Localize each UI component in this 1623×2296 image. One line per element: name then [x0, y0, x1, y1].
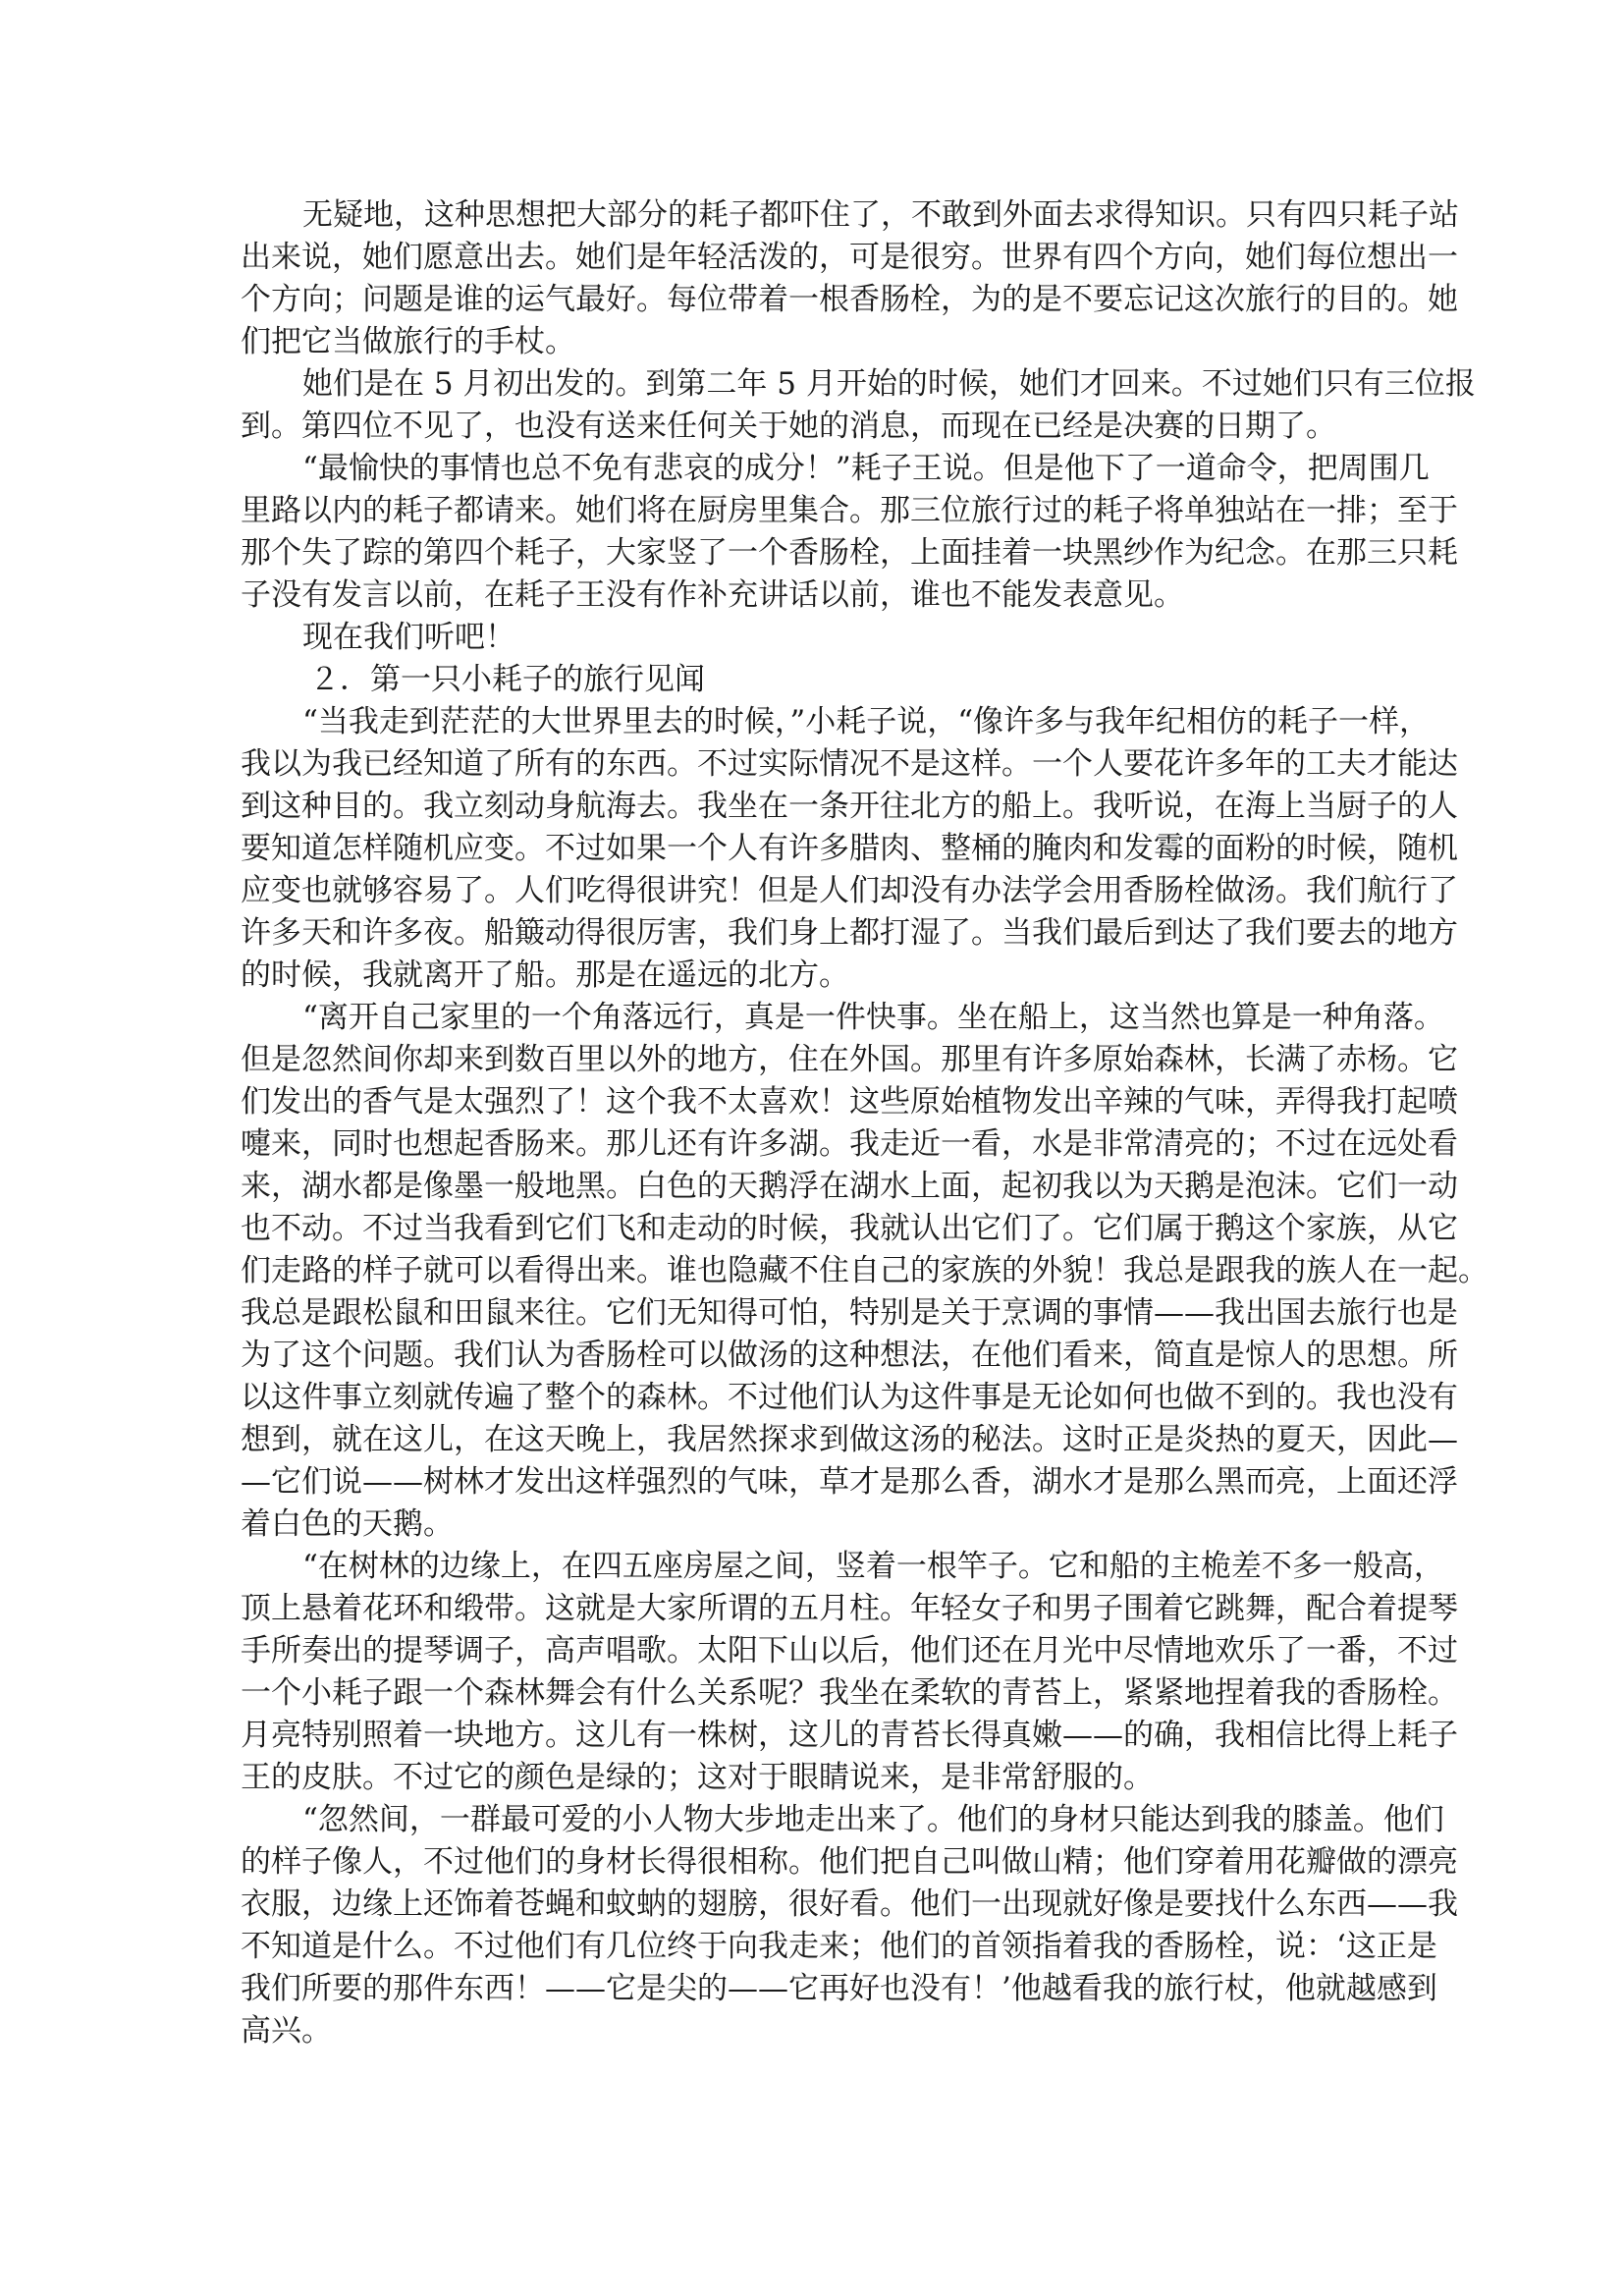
text-line: 不知道是什么。不过他们有几位终于向我走来；他们的首领指着我的香肠栓，说：‘这正是: [241, 1926, 1384, 1968]
section-heading: ２．第一只小耗子的旅行见闻: [241, 659, 1384, 701]
text-line: 手所奏出的提琴调子，高声唱歌。太阳下山以后，他们还在月光中尽情地欢乐了一番，不过: [241, 1630, 1384, 1672]
paragraph: 现在我们听吧！: [241, 617, 1384, 659]
text-line: 一个小耗子跟一个森林舞会有什么关系呢？我坐在柔软的青苔上，紧紧地捏着我的香肠栓。: [241, 1672, 1384, 1715]
text-line: 里路以内的耗子都请来。她们将在厨房里集合。那三位旅行过的耗子将单独站在一排；至于: [241, 490, 1384, 532]
text-line: 高兴。: [241, 2010, 1384, 2052]
text-line: 们把它当做旅行的手杖。: [241, 321, 1384, 363]
text-line: 无疑地，这种思想把大部分的耗子都吓住了，不敢到外面去求得知识。只有四只耗子站: [241, 194, 1384, 237]
text-line: “忽然间，一群最可爱的小人物大步地走出来了。他们的身材只能达到我的膝盖。他们: [241, 1799, 1384, 1841]
text-line: 王的皮肤。不过它的颜色是绿的；这对于眼睛说来，是非常舒服的。: [241, 1757, 1384, 1799]
paragraph: “在树林的边缘上，在四五座房屋之间，竖着一根竿子。它和船的主桅差不多一般高，顶上…: [241, 1546, 1384, 1799]
text-line: 许多天和许多夜。船簸动得很厉害，我们身上都打湿了。当我们最后到达了我们要去的地方: [241, 912, 1384, 955]
text-line: 也不动。不过当我看到它们飞和走动的时候，我就认出它们了。它们属于鹅这个家族，从它: [241, 1208, 1384, 1250]
text-line: 她们是在 5 月初出发的。到第二年 5 月开始的时候，她们才回来。不过她们只有三…: [241, 363, 1384, 406]
text-line: 到。第四位不见了，也没有送来任何关于她的消息，而现在已经是决赛的日期了。: [241, 406, 1384, 448]
text-line: 现在我们听吧！: [241, 617, 1384, 659]
text-line: 出来说，她们愿意出去。她们是年轻活泼的，可是很穷。世界有四个方向，她们每位想出一: [241, 237, 1384, 279]
paragraph: “当我走到茫茫的大世界里去的时候，”小耗子说，“像许多与我年纪相仿的耗子一样，我…: [241, 701, 1384, 997]
text-line: 那个失了踪的第四个耗子，大家竖了一个香肠栓，上面挂着一块黑纱作为纪念。在那三只耗: [241, 532, 1384, 574]
text-line: 的样子像人，不过他们的身材长得很相称。他们把自己叫做山精；他们穿着用花瓣做的漂亮: [241, 1841, 1384, 1884]
text-line: 嚏来，同时也想起香肠来。那儿还有许多湖。我走近一看，水是非常清亮的；不过在远处看: [241, 1123, 1384, 1166]
text-line: ２．第一只小耗子的旅行见闻: [241, 659, 1384, 701]
text-line: “离开自己家里的一个角落远行，真是一件快事。坐在船上，这当然也算是一种角落。: [241, 997, 1384, 1039]
document-page: 无疑地，这种思想把大部分的耗子都吓住了，不敢到外面去求得知识。只有四只耗子站出来…: [241, 194, 1384, 2052]
text-line: 们发出的香气是太强烈了！这个我不太喜欢！这些原始植物发出辛辣的气味，弄得我打起喷: [241, 1081, 1384, 1123]
paragraph: 无疑地，这种思想把大部分的耗子都吓住了，不敢到外面去求得知识。只有四只耗子站出来…: [241, 194, 1384, 363]
text-line: 顶上悬着花环和缎带。这就是大家所谓的五月柱。年轻女子和男子围着它跳舞，配合着提琴: [241, 1588, 1384, 1630]
text-line: 的时候，我就离开了船。那是在遥远的北方。: [241, 955, 1384, 997]
paragraph: 她们是在 5 月初出发的。到第二年 5 月开始的时候，她们才回来。不过她们只有三…: [241, 363, 1384, 448]
text-line: 衣服，边缘上还饰着苍蝇和蚊蚋的翅膀，很好看。他们一出现就好像是要找什么东西——我: [241, 1884, 1384, 1926]
text-line: 想到，就在这儿，在这天晚上，我居然探求到做这汤的秘法。这时正是炎热的夏天，因此—: [241, 1419, 1384, 1461]
text-line: 我总是跟松鼠和田鼠来往。它们无知得可怕，特别是关于烹调的事情——我出国去旅行也是: [241, 1292, 1384, 1335]
text-line: “在树林的边缘上，在四五座房屋之间，竖着一根竿子。它和船的主桅差不多一般高，: [241, 1546, 1384, 1588]
text-line: 应变也就够容易了。人们吃得很讲究！但是人们却没有办法学会用香肠栓做汤。我们航行了: [241, 870, 1384, 912]
text-line: —它们说——树林才发出这样强烈的气味，草才是那么香，湖水才是那么黑而亮，上面还浮: [241, 1461, 1384, 1503]
text-line: 以这件事立刻就传遍了整个的森林。不过他们认为这件事是无论如何也做不到的。我也没有: [241, 1377, 1384, 1419]
text-line: 到这种目的。我立刻动身航海去。我坐在一条开往北方的船上。我听说，在海上当厨子的人: [241, 786, 1384, 828]
text-line: 着白色的天鹅。: [241, 1503, 1384, 1546]
text-line: 子没有发言以前，在耗子王没有作补充讲话以前，谁也不能发表意见。: [241, 574, 1384, 617]
text-line: 但是忽然间你却来到数百里以外的地方，住在外国。那里有许多原始森林，长满了赤杨。它: [241, 1039, 1384, 1081]
text-line: “当我走到茫茫的大世界里去的时候，”小耗子说，“像许多与我年纪相仿的耗子一样，: [241, 701, 1384, 743]
text-line: 来，湖水都是像墨一般地黑。白色的天鹅浮在湖水上面，起初我以为天鹅是泡沫。它们一动: [241, 1166, 1384, 1208]
paragraph: “离开自己家里的一个角落远行，真是一件快事。坐在船上，这当然也算是一种角落。但是…: [241, 997, 1384, 1546]
text-line: “最愉快的事情也总不免有悲哀的成分！”耗子王说。但是他下了一道命令，把周围几: [241, 448, 1384, 490]
text-line: 我们所要的那件东西！——它是尖的——它再好也没有！’他越看我的旅行杖，他就越感到: [241, 1968, 1384, 2010]
text-line: 要知道怎样随机应变。不过如果一个人有许多腊肉、整桶的腌肉和发霉的面粉的时候，随机: [241, 828, 1384, 870]
text-line: 为了这个问题。我们认为香肠栓可以做汤的这种想法，在他们看来，简直是惊人的思想。所: [241, 1335, 1384, 1377]
text-line: 月亮特别照着一块地方。这儿有一株树，这儿的青苔长得真嫩——的确，我相信比得上耗子: [241, 1715, 1384, 1757]
text-line: 我以为我已经知道了所有的东西。不过实际情况不是这样。一个人要花许多年的工夫才能达: [241, 743, 1384, 786]
paragraph: “最愉快的事情也总不免有悲哀的成分！”耗子王说。但是他下了一道命令，把周围几里路…: [241, 448, 1384, 617]
paragraph: “忽然间，一群最可爱的小人物大步地走出来了。他们的身材只能达到我的膝盖。他们的样…: [241, 1799, 1384, 2052]
text-line: 个方向；问题是谁的运气最好。每位带着一根香肠栓，为的是不要忘记这次旅行的目的。她: [241, 279, 1384, 321]
text-line: 们走路的样子就可以看得出来。谁也隐藏不住自己的家族的外貌！我总是跟我的族人在一起…: [241, 1250, 1384, 1292]
